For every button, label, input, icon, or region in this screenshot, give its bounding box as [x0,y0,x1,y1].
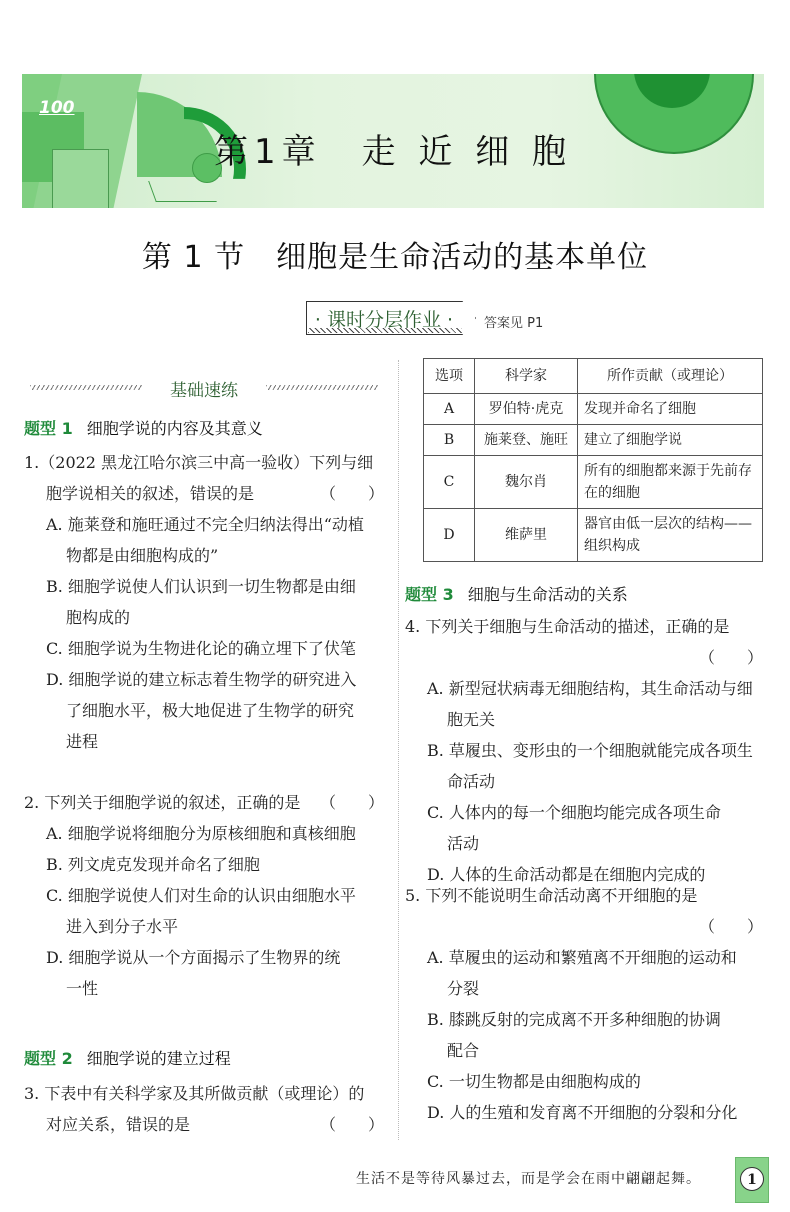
homework-badge: · 课时分层作业 · [306,301,476,335]
cell-option: B [424,425,475,456]
chapter-title: 第1章 走 近 细 胞 [22,124,764,173]
table-header-row: 选项 科学家 所作贡献（或理论） [424,359,763,394]
answer-paren: （ ） [320,478,384,509]
q1-stem-line1: 1.（2022 黑龙江哈尔滨三中高一验收）下列与细 [24,447,384,478]
cell-contribution: 器官由低一层次的结构——组织构成 [578,509,763,562]
table-row: C 魏尔肖 所有的细胞都来源于先前存在的细胞 [424,456,763,509]
q4-option-a: A. 新型冠状病毒无细胞结构，其生命活动与细胞无关 [405,673,763,735]
q5-option-a: A. 草履虫的运动和繁殖离不开细胞的运动和分裂 [405,942,763,1004]
q3-stem-line2: 对应关系，错误的是（ ） [24,1109,384,1140]
chapter-banner: 100 第1章 走 近 细 胞 [22,74,764,208]
cell-contribution: 建立了细胞学说 [578,425,763,456]
cell-option: D [424,509,475,562]
answer-paren: （ ） [320,1109,384,1140]
q4-stem: 4. 下列关于细胞与生命活动的描述，正确的是 [405,611,763,642]
question-2: 2. 下列关于细胞学说的叙述，正确的是（ ） A. 细胞学说将细胞分为原核细胞和… [24,787,384,1004]
scientist-table: 选项 科学家 所作贡献（或理论） A 罗伯特·虎克 发现并命名了细胞 B 施莱登… [423,358,763,562]
type-tag: 题型 3 [405,585,454,604]
q1-stem-line2: 胞学说相关的叙述，错误的是（ ） [24,478,384,509]
hatch-divider-right [266,385,378,390]
answer-paren: （ ） [320,787,384,818]
answer-paren: （ ） [699,642,763,673]
q2-stem: 2. 下列关于细胞学说的叙述，正确的是（ ） [24,787,384,818]
q4-paren-line: （ ） [405,642,763,673]
table-row: A 罗伯特·虎克 发现并命名了细胞 [424,394,763,425]
q5-option-d: D. 人的生殖和发育离不开细胞的分裂和分化 [405,1097,763,1128]
question-type-2: 题型 2细胞学说的建立过程 [24,1046,231,1069]
question-3: 3. 下表中有关科学家及其所做贡献（或理论）的 对应关系，错误的是（ ） [24,1078,384,1140]
page-number: 1 [740,1167,764,1191]
header-contribution: 所作贡献（或理论） [578,359,763,394]
type-title: 细胞学说的内容及其意义 [87,419,263,438]
cell-scientist: 魏尔肖 [475,456,578,509]
table-row: D 维萨里 器官由低一层次的结构——组织构成 [424,509,763,562]
cell-option: A [424,394,475,425]
cell-option: C [424,456,475,509]
cell-contribution: 所有的细胞都来源于先前存在的细胞 [578,456,763,509]
question-5: 5. 下列不能说明生命活动离不开细胞的是 （ ） A. 草履虫的运动和繁殖离不开… [405,880,763,1128]
cell-scientist: 施莱登、施旺 [475,425,578,456]
table-row: B 施莱登、施旺 建立了细胞学说 [424,425,763,456]
q2-option-c: C. 细胞学说使人们对生命的认识由细胞水平进入到分子水平 [24,880,384,942]
q2-option-d: D. 细胞学说从一个方面揭示了生物界的统一性 [24,942,384,1004]
header-scientist: 科学家 [475,359,578,394]
section-title: 第 1 节 细胞是生命活动的基本单位 [0,232,790,276]
cell-scientist: 罗伯特·虎克 [475,394,578,425]
q2-option-b: B. 列文虎克发现并命名了细胞 [24,849,384,880]
question-1: 1.（2022 黑龙江哈尔滨三中高一验收）下列与细 胞学说相关的叙述，错误的是（… [24,447,384,757]
logo-100-icon: 100 [39,98,75,118]
q3-stem-line1: 3. 下表中有关科学家及其所做贡献（或理论）的 [24,1078,384,1109]
answer-paren: （ ） [699,911,763,942]
q1-option-c: C. 细胞学说为生物进化论的确立埋下了伏笔 [24,633,384,664]
question-type-1: 题型 1细胞学说的内容及其意义 [24,416,263,439]
q5-option-b: B. 膝跳反射的完成离不开多种细胞的协调配合 [405,1004,763,1066]
type-title: 细胞与生命活动的关系 [468,585,628,604]
footer-quote: 生活不是等待风暴过去，而是学会在雨中翩翩起舞。 [356,1168,701,1188]
type-tag: 题型 2 [24,1049,73,1068]
question-type-3: 题型 3细胞与生命活动的关系 [405,582,628,605]
answer-reference: 答案见 P1 [484,312,543,331]
header-option: 选项 [424,359,475,394]
column-divider [398,360,399,1140]
badge-label: · 课时分层作业 · [306,305,462,332]
cell-contribution: 发现并命名了细胞 [578,394,763,425]
type-title: 细胞学说的建立过程 [87,1049,231,1068]
q5-option-c: C. 一切生物都是由细胞构成的 [405,1066,763,1097]
cell-scientist: 维萨里 [475,509,578,562]
page-number-box: 1 [735,1157,769,1203]
q1-option-b: B. 细胞学说使人们认识到一切生物都是由细胞构成的 [24,571,384,633]
q4-option-c: C. 人体内的每一个细胞均能完成各项生命活动 [405,797,763,859]
type-tag: 题型 1 [24,419,73,438]
q4-option-b: B. 草履虫、变形虫的一个细胞就能完成各项生命活动 [405,735,763,797]
q2-option-a: A. 细胞学说将细胞分为原核细胞和真核细胞 [24,818,384,849]
q1-option-d: D. 细胞学说的建立标志着生物学的研究进入了细胞水平，极大地促进了生物学的研究进… [24,664,384,757]
question-4: 4. 下列关于细胞与生命活动的描述，正确的是 （ ） A. 新型冠状病毒无细胞结… [405,611,763,890]
q1-option-a: A. 施莱登和施旺通过不完全归纳法得出“动植物都是由细胞构成的” [24,509,384,571]
connector-line [148,181,217,202]
q5-paren-line: （ ） [405,911,763,942]
q5-stem: 5. 下列不能说明生命活动离不开细胞的是 [405,880,763,911]
